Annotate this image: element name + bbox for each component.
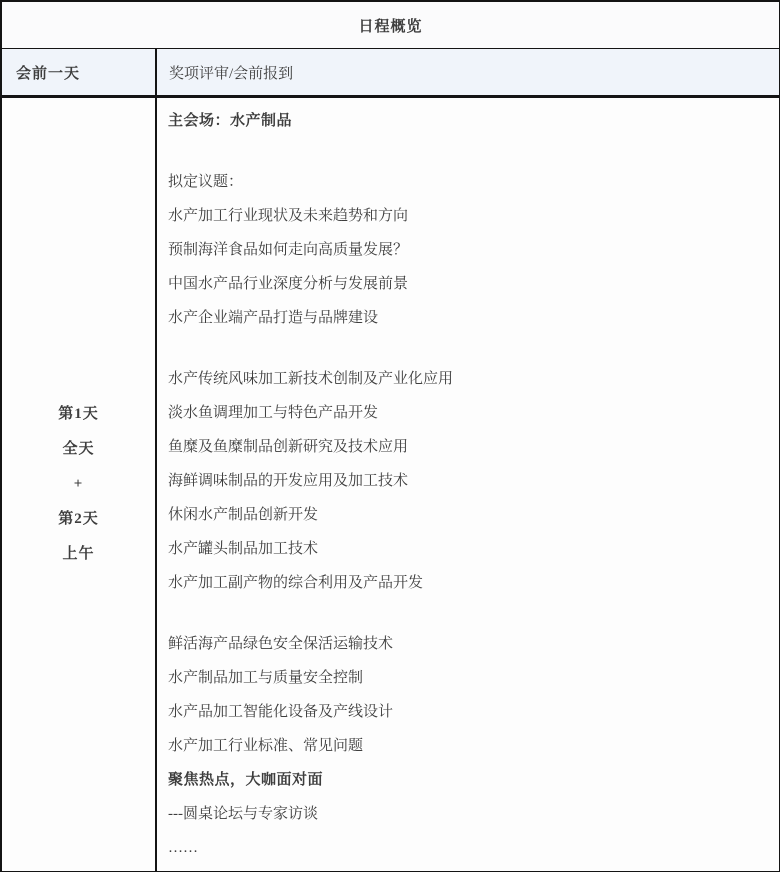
- table-header-row: 日程概览: [2, 2, 779, 49]
- topic-line: 水产制品加工与质量安全控制: [168, 661, 765, 695]
- topic-line: 鱼糜及鱼糜制品创新研究及技术应用: [168, 430, 765, 464]
- preday-content-cell: 奖项评审/会前报到: [157, 49, 779, 95]
- day-line-plus: +: [74, 467, 84, 502]
- topic-line: 水产传统风味加工新技术创制及产业化应用: [168, 362, 765, 396]
- main-day-cell: 第1天 全天 + 第2天 上午: [2, 98, 157, 871]
- preday-day-label: 会前一天: [16, 62, 80, 83]
- topic-line: 水产加工副产物的综合利用及产品开发: [168, 566, 765, 600]
- main-content-cell: 主会场：水产制品 拟定议题： 水产加工行业现状及未来趋势和方向 预制海洋食品如何…: [157, 98, 779, 871]
- preday-day-cell: 会前一天: [2, 49, 157, 95]
- preday-content-text: 奖项评审/会前报到: [169, 62, 293, 83]
- day-line: 第1天: [58, 397, 99, 432]
- preday-row: 会前一天 奖项评审/会前报到: [2, 49, 779, 98]
- topic-line: 水产企业端产品打造与品牌建设: [168, 301, 765, 335]
- topic-line: 水产加工行业标准、常见问题: [168, 729, 765, 763]
- topics-label: 拟定议题：: [168, 165, 765, 199]
- topic-line: 水产加工行业现状及未来趋势和方向: [168, 199, 765, 233]
- spacer: [168, 138, 765, 165]
- day-line: 第2天: [58, 502, 99, 537]
- spacer: [168, 335, 765, 362]
- topic-line: 海鲜调味制品的开发应用及加工技术: [168, 464, 765, 498]
- roundtable-line: ---圆桌论坛与专家访谈: [168, 797, 765, 831]
- topic-line: 休闲水产制品创新开发: [168, 498, 765, 532]
- schedule-table: 日程概览 会前一天 奖项评审/会前报到 第1天 全天 + 第2天 上午 主会场：…: [0, 0, 780, 872]
- table-title: 日程概览: [358, 15, 422, 36]
- topic-line: 水产品加工智能化设备及产线设计: [168, 695, 765, 729]
- venue-title: 主会场：水产制品: [168, 104, 765, 138]
- topic-line: 中国水产品行业深度分析与发展前景: [168, 267, 765, 301]
- highlight-title: 聚焦热点，大咖面对面: [168, 763, 765, 797]
- main-day-row: 第1天 全天 + 第2天 上午 主会场：水产制品 拟定议题： 水产加工行业现状及…: [2, 98, 779, 871]
- topic-line: 水产罐头制品加工技术: [168, 532, 765, 566]
- topic-line: 预制海洋食品如何走向高质量发展？: [168, 233, 765, 267]
- topic-line: 淡水鱼调理加工与特色产品开发: [168, 396, 765, 430]
- day-line: 上午: [62, 537, 94, 572]
- topic-line: 鲜活海产品绿色安全保活运输技术: [168, 627, 765, 661]
- spacer: [168, 600, 765, 627]
- day-line: 全天: [62, 432, 94, 467]
- ellipsis-line: ……: [168, 831, 765, 865]
